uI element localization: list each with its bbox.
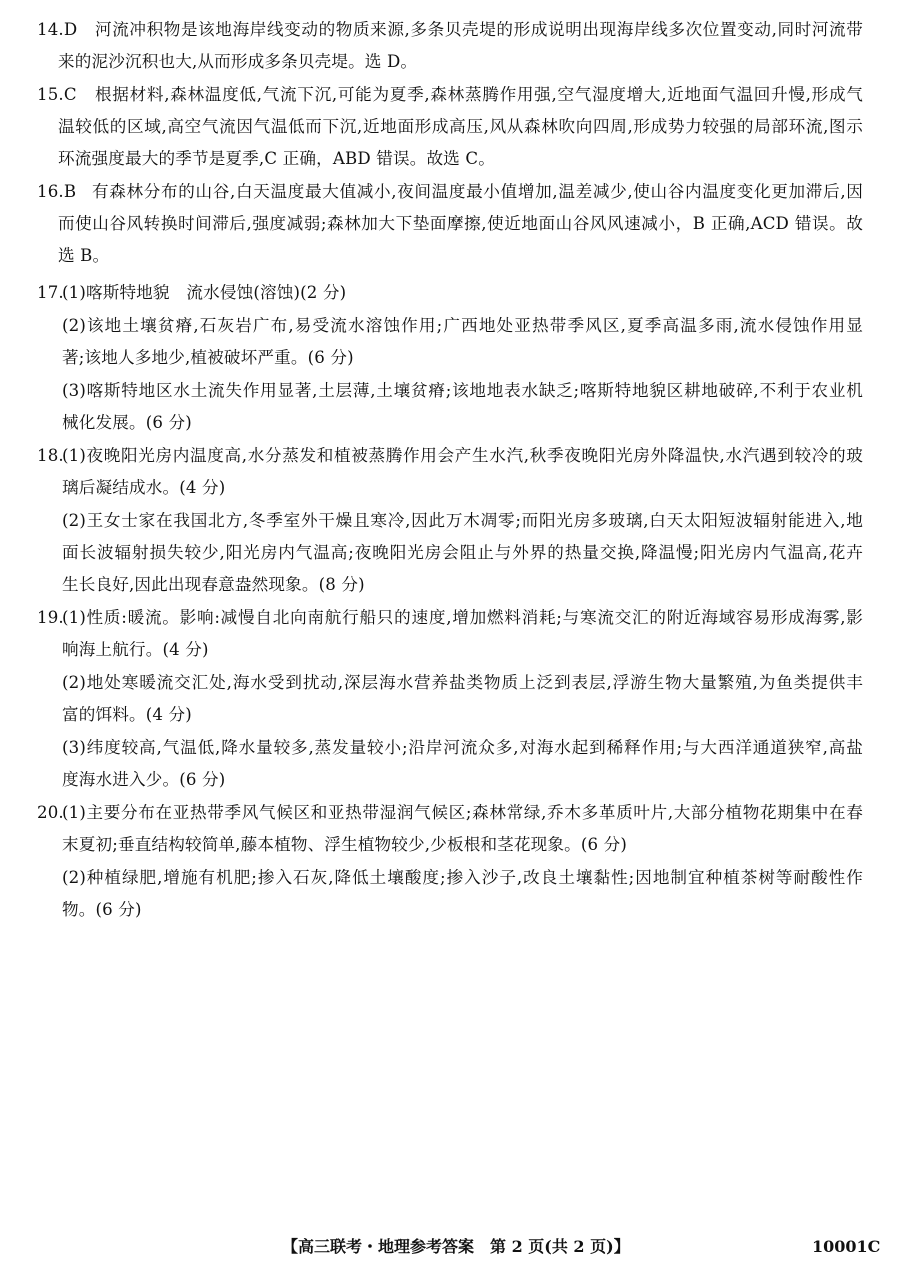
document-code: 10001C [812, 1237, 880, 1257]
answer-number: 14.D [37, 20, 77, 40]
answer-part-line: (1)主要分布在亚热带季风气候区和亚热带湿润气候区;森林常绿,乔木多革质叶片,大… [62, 803, 863, 823]
answer-part-line: (1)夜晚阳光房内温度高,水分蒸发和植被蒸腾作用会产生水汽,秋季夜晚阳光房外降温… [62, 446, 863, 466]
answer-text-line: 根据材料,森林温度低,气流下沉,可能为夏季,森林蒸腾作用强,空气湿度增大,近地面… [95, 85, 863, 105]
answer-part-line: (2)王女士家在我国北方,冬季室外干燥且寒冷,因此万木凋零;而阳光房多玻璃,白天… [62, 511, 863, 531]
answer-number: 19. [37, 608, 64, 628]
answer-number: 17. [37, 283, 64, 303]
answer-part-line: (1)喀斯特地貌 流水侵蚀(溶蚀)(2 分) [62, 283, 346, 303]
answer-part-line: 生长良好,因此出现春意盎然现象。(8 分) [62, 575, 365, 595]
answer-number: 18. [37, 446, 64, 466]
answer-text-line: 而使山谷风转换时间滞后,强度减弱;森林加大下垫面摩擦,使近地面山谷风风速减小，B… [58, 214, 863, 234]
answer-part-line: 械化发展。(6 分) [62, 413, 192, 433]
answer-part-line: 面长波辐射损失较少,阳光房内气温高;夜晚阳光房会阻止与外界的热量交换,降温慢;阳… [62, 543, 863, 563]
answer-number: 20. [37, 803, 64, 823]
answer-part-line: 末夏初;垂直结构较简单,藤本植物、浮生植物较少,少板根和茎花现象。(6 分) [62, 835, 627, 855]
answer-part-line: 富的饵料。(4 分) [62, 705, 192, 725]
answer-part-line: (2)种植绿肥,增施有机肥;掺入石灰,降低土壤酸度;掺入沙子,改良土壤黏性;因地… [62, 868, 863, 888]
answer-key-page: 14.D 河流冲积物是该地海岸线变动的物质来源,多条贝壳堤的形成说明出现海岸线多… [0, 0, 900, 1272]
answer-part-line: 璃后凝结成水。(4 分) [62, 478, 225, 498]
answer-part-line: (3)喀斯特地区水土流失作用显著,土层薄,土壤贫瘠;该地地表水缺乏;喀斯特地貌区… [62, 381, 863, 401]
answer-text-line: 选 B。 [58, 246, 109, 266]
answer-text-line: 河流冲积物是该地海岸线变动的物质来源,多条贝壳堤的形成说明出现海岸线多次位置变动… [95, 20, 863, 40]
answer-part-line: 度海水进入少。(6 分) [62, 770, 225, 790]
answer-text-line: 有森林分布的山谷,白天温度最大值减小,夜间温度最小值增加,温差减少,使山谷内温度… [92, 182, 863, 202]
page-footer-title: 【高三联考・地理参考答案 第 2 页(共 2 页)】 [282, 1237, 630, 1257]
answer-number: 16.B [37, 182, 76, 202]
answer-part-line: 物。(6 分) [62, 900, 142, 920]
answer-text-line: 温较低的区域,高空气流因气温低而下沉,近地面形成高压,风从森林吹向四周,形成势力… [58, 117, 863, 137]
answer-part-line: (1)性质:暖流。影响:减慢自北向南航行船只的速度,增加燃料消耗;与寒流交汇的附… [62, 608, 863, 628]
answer-text-line: 环流强度最大的季节是夏季,C 正确，ABD 错误。故选 C。 [58, 149, 495, 169]
answer-part-line: 响海上航行。(4 分) [62, 640, 209, 660]
answer-number: 15.C [37, 85, 77, 105]
answer-part-line: (3)纬度较高,气温低,降水量较多,蒸发量较小;沿岸河流众多,对海水起到稀释作用… [62, 738, 863, 758]
answer-part-line: (2)地处寒暖流交汇处,海水受到扰动,深层海水营养盐类物质上泛到表层,浮游生物大… [62, 673, 863, 693]
answer-part-line: 著;该地人多地少,植被破坏严重。(6 分) [62, 348, 354, 368]
answer-text-line: 来的泥沙沉积也大,从而形成多条贝壳堤。选 D。 [58, 52, 417, 72]
answer-part-line: (2)该地土壤贫瘠,石灰岩广布,易受流水溶蚀作用;广西地处亚热带季风区,夏季高温… [62, 316, 863, 336]
